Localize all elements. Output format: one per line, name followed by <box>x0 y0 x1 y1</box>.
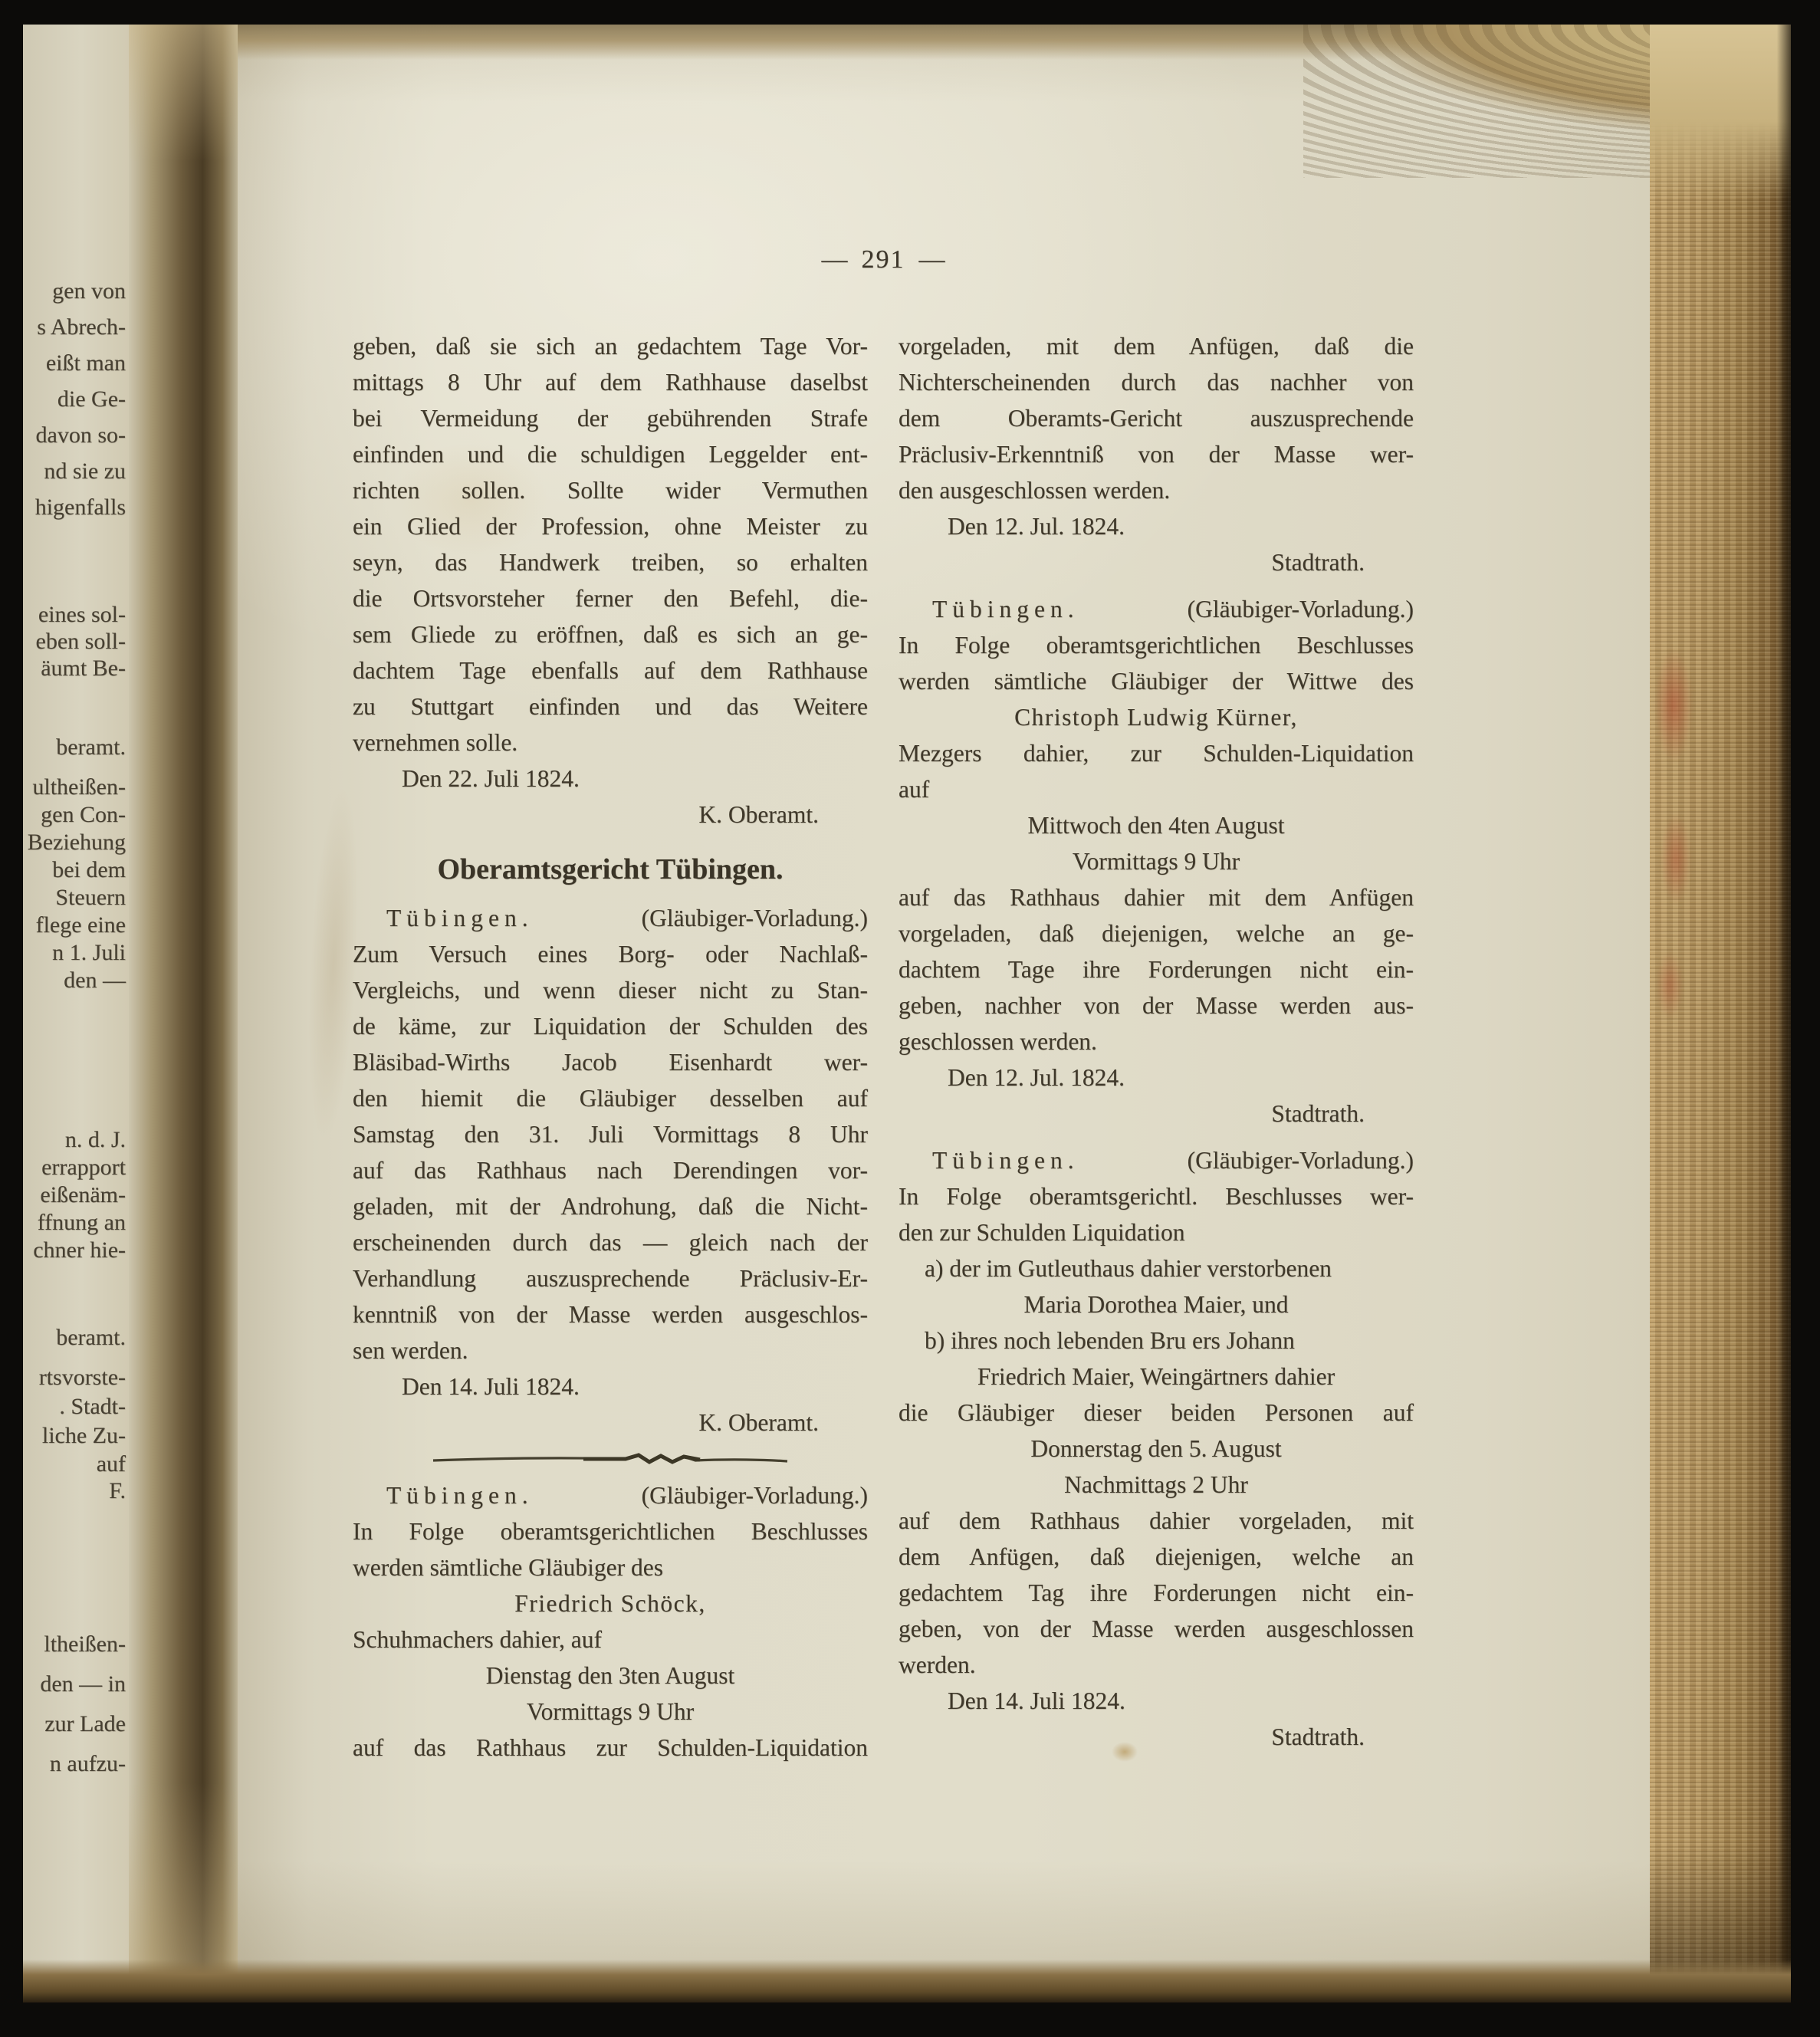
facing-page-text-fragment: eben soll- <box>36 629 126 655</box>
hearing-time-line: Vormittags 9 Uhr <box>353 1694 868 1730</box>
facing-page-text-fragment: eines sol- <box>38 602 126 628</box>
signature-line: Stadtrath. <box>899 1096 1414 1132</box>
text-line: erscheinenden durch das — gleich nach de… <box>353 1224 868 1260</box>
text-line: Zum Versuch eines Borg- oder Nachlaß- <box>353 936 868 972</box>
text-line: gedachtem Tag ihre Forderungen nicht ein… <box>899 1575 1414 1611</box>
text-line: werden sämtliche Gläubiger der Wittwe de… <box>899 663 1414 699</box>
notice-type-label: (Gläubiger-Vorladung.) <box>642 1477 868 1513</box>
date-line: Den 12. Jul. 1824. <box>899 508 1414 544</box>
notice-type-label: (Gläubiger-Vorladung.) <box>642 900 868 936</box>
text-line: geben, daß sie sich an gedachtem Tage Vo… <box>353 328 868 364</box>
text-line: kenntniß von der Masse werden ausgeschlo… <box>353 1296 868 1332</box>
signature-line: K. Oberamt. <box>353 1405 868 1441</box>
notice-type-label: (Gläubiger-Vorladung.) <box>1188 591 1414 627</box>
facing-page-text-fragment: F. <box>109 1478 126 1504</box>
text-line: geben, nachher von der Masse werden aus- <box>899 987 1414 1023</box>
facing-page-text-fragment: errapport <box>41 1155 126 1181</box>
text-line: auf das Rathhaus nach Derendingen vor- <box>353 1152 868 1188</box>
text-line: Präclusiv-Erkenntniß von der Masse wer- <box>899 436 1414 472</box>
text-line: mittags 8 Uhr auf dem Rathhause daselbst <box>353 364 868 400</box>
place-name: Tübingen. <box>386 1477 534 1513</box>
facing-page-text-fragment: n 1. Juli <box>52 940 126 966</box>
text-line: einfinden und die schuldigen Leggelder e… <box>353 436 868 472</box>
list-item: Friedrich Maier, Weingärtners dahier <box>899 1359 1414 1395</box>
text-line: Samstag den 31. Juli Vormittags 8 Uhr <box>353 1116 868 1152</box>
text-line: Nichterscheinenden durch das nachher von <box>899 364 1414 400</box>
hearing-day-line: Mittwoch den 4ten August <box>899 807 1414 843</box>
text-line: In Folge oberamtsgerichtlichen Beschluss… <box>899 627 1414 663</box>
text-line: vorgeladen, daß diejenigen, welche an ge… <box>899 915 1414 951</box>
text-line: dem Oberamts-Gericht auszusprechende <box>899 400 1414 436</box>
text-line: den hiemit die Gläubiger desselben auf <box>353 1080 868 1116</box>
facing-page-text-fragment: chner hie- <box>33 1237 126 1263</box>
text-line: auf dem Rathhaus dahier vorgeladen, mit <box>899 1503 1414 1539</box>
left-column: geben, daß sie sich an gedachtem Tage Vo… <box>353 328 868 1766</box>
facing-page-text-fragment: zur Lade <box>44 1711 126 1737</box>
text-line: geben, von der Masse werden ausgeschloss… <box>899 1611 1414 1647</box>
date-line: Den 14. Juli 1824. <box>353 1368 868 1405</box>
signature-line: Stadtrath. <box>899 544 1414 580</box>
hearing-day-line: Dienstag den 3ten August <box>353 1658 868 1694</box>
text-line: de käme, zur Liquidation der Schulden de… <box>353 1008 868 1044</box>
text-line: geschlossen werden. <box>899 1023 1414 1060</box>
facing-page-text-fragment: . Stadt- <box>59 1394 126 1420</box>
text-line: werden. <box>899 1647 1414 1683</box>
text-line: In Folge oberamtsgerichtl. Beschlusses w… <box>899 1178 1414 1214</box>
facing-page-text-fragment: rtsvorste- <box>39 1365 126 1391</box>
notice-opener: Tübingen. (Gläubiger-Vorladung.) <box>353 1477 868 1513</box>
text-line: Verhandlung auszusprechende Präclusiv-Er… <box>353 1260 868 1296</box>
signature-line: Stadtrath. <box>899 1719 1414 1755</box>
list-item: b) ihres noch lebenden Bru ers Johann <box>899 1322 1414 1359</box>
place-name: Tübingen. <box>932 591 1079 627</box>
notice-opener: Tübingen. (Gläubiger-Vorladung.) <box>899 591 1414 627</box>
text-line: dachtem Tage ebenfalls auf dem Rathhause <box>353 652 868 688</box>
facing-page-text-fragment: gen Con- <box>41 802 126 828</box>
date-line: Den 14. Juli 1824. <box>899 1683 1414 1719</box>
facing-page-text-fragment: äumt Be- <box>41 655 126 682</box>
facing-page-text-fragment: den — <box>64 968 126 994</box>
hearing-day-line: Donnerstag den 5. August <box>899 1431 1414 1467</box>
facing-page-text-fragment: beramt. <box>56 734 126 761</box>
notice-type-label: (Gläubiger-Vorladung.) <box>1188 1142 1414 1178</box>
facing-page-text-fragment: flege eine <box>36 912 126 938</box>
page-number-dash: — <box>808 245 862 274</box>
facing-page-text-fragment: higenfalls <box>35 494 126 521</box>
text-line: Bläsibad-Wirths Jacob Eisenhardt wer- <box>353 1044 868 1080</box>
list-item: Maria Dorothea Maier, und <box>899 1286 1414 1322</box>
text-line: zu Stuttgart einfinden und das Weitere <box>353 688 868 724</box>
facing-page-text-fragment: eißenäm- <box>40 1182 126 1208</box>
text-line: Vergleichs, und wenn dieser nicht zu Sta… <box>353 972 868 1008</box>
book-scan: gen von s Abrech- eißt man die Ge- davon… <box>0 0 1820 2037</box>
facing-page-text-fragment: ultheißen- <box>32 774 126 800</box>
facing-page-text-fragment: s Abrech- <box>37 314 126 340</box>
facing-page-text-fragment: Beziehung <box>28 830 126 856</box>
right-page: —291— geben, daß sie sich an gedachtem T… <box>238 25 1650 1978</box>
book-fore-edge <box>1650 25 1791 2003</box>
text-line: sen werden. <box>353 1332 868 1368</box>
text-line: dachtem Tage ihre Forderungen nicht ein- <box>899 951 1414 987</box>
page-number: —291— <box>353 245 1414 274</box>
facing-page-text-fragment: beramt. <box>56 1325 126 1351</box>
text-line: richten sollen. Sollte wider Vermuthen <box>353 472 868 508</box>
text-line: den ausgeschlossen werden. <box>899 472 1414 508</box>
date-line: Den 22. Juli 1824. <box>353 761 868 797</box>
text-line: ein Glied der Profession, ohne Meister z… <box>353 508 868 544</box>
signature-line: K. Oberamt. <box>353 797 868 833</box>
facing-page-text-fragment: auf <box>97 1451 126 1477</box>
text-line: Schuhmachers dahier, auf <box>353 1621 868 1658</box>
facing-page-text-fragment: die Ge- <box>57 386 126 412</box>
text-line: bei Vermeidung der gebührenden Strafe <box>353 400 868 436</box>
facing-page-text-fragment: nd sie zu <box>44 458 126 485</box>
text-block: geben, daß sie sich an gedachtem Tage Vo… <box>353 328 1414 1766</box>
text-line: den zur Schulden Liquidation <box>899 1214 1414 1250</box>
notice-opener: Tübingen. (Gläubiger-Vorladung.) <box>353 900 868 936</box>
text-line: vorgeladen, mit dem Anfügen, daß die <box>899 328 1414 364</box>
hearing-time-line: Vormittags 9 Uhr <box>899 843 1414 879</box>
hearing-time-line: Nachmittags 2 Uhr <box>899 1467 1414 1503</box>
text-line: auf das Rathhaus zur Schulden-Liquidatio… <box>353 1730 868 1766</box>
text-line: Mezgers dahier, zur Schulden-Liquidation <box>899 735 1414 771</box>
text-line: seyn, das Handwerk treiben, so erhalten <box>353 544 868 580</box>
facing-page-text-fragment: bei dem <box>52 857 126 883</box>
facing-page-text-fragment: ltheißen- <box>44 1631 126 1658</box>
facing-page-text-fragment: Steuern <box>55 885 126 911</box>
text-line: die Gläubiger dieser beiden Personen auf <box>899 1395 1414 1431</box>
page-number-dash: — <box>905 245 959 274</box>
facing-page-edge: gen von s Abrech- eißt man die Ge- davon… <box>23 25 129 1978</box>
notice-opener: Tübingen. (Gläubiger-Vorladung.) <box>899 1142 1414 1178</box>
facing-page-text-fragment: den — in <box>40 1671 126 1697</box>
text-line: auf <box>899 771 1414 807</box>
facing-page-text-fragment: ffnung an <box>38 1210 126 1236</box>
debtor-name: Christoph Ludwig Kürner, <box>899 699 1414 735</box>
page-number-value: 291 <box>862 245 905 274</box>
text-line: werden sämtliche Gläubiger des <box>353 1549 868 1585</box>
list-item: a) der im Gutleuthaus dahier verstorbene… <box>899 1250 1414 1286</box>
facing-page-text-fragment: davon so- <box>36 422 126 448</box>
section-heading: Oberamtsgericht Tübingen. <box>353 849 868 889</box>
facing-page-text-fragment: n aufzu- <box>50 1751 126 1777</box>
text-line: vernehmen solle. <box>353 724 868 761</box>
facing-page-text-fragment: eißt man <box>46 350 126 376</box>
text-line: In Folge oberamtsgerichtlichen Beschluss… <box>353 1513 868 1549</box>
place-name: Tübingen. <box>932 1142 1079 1178</box>
text-line: sem Gliede zu eröffnen, daß es sich an g… <box>353 616 868 652</box>
text-line: die Ortsvorsteher ferner den Befehl, die… <box>353 580 868 616</box>
text-line: auf das Rathhaus dahier mit dem Anfügen <box>899 879 1414 915</box>
debtor-name: Friedrich Schöck, <box>353 1585 868 1621</box>
facing-page-text-fragment: n. d. J. <box>65 1127 126 1153</box>
place-name: Tübingen. <box>386 900 534 936</box>
facing-page-text-fragment: gen von <box>52 278 126 304</box>
ornament-divider <box>430 1453 790 1467</box>
date-line: Den 12. Jul. 1824. <box>899 1060 1414 1096</box>
book-gutter-shadow <box>129 25 238 1978</box>
text-line: geladen, mit der Androhung, daß die Nich… <box>353 1188 868 1224</box>
right-column: vorgeladen, mit dem Anfügen, daß die Nic… <box>899 328 1414 1766</box>
facing-page-text-fragment: liche Zu- <box>42 1423 126 1449</box>
text-line: dem Anfügen, daß diejenigen, welche an <box>899 1539 1414 1575</box>
